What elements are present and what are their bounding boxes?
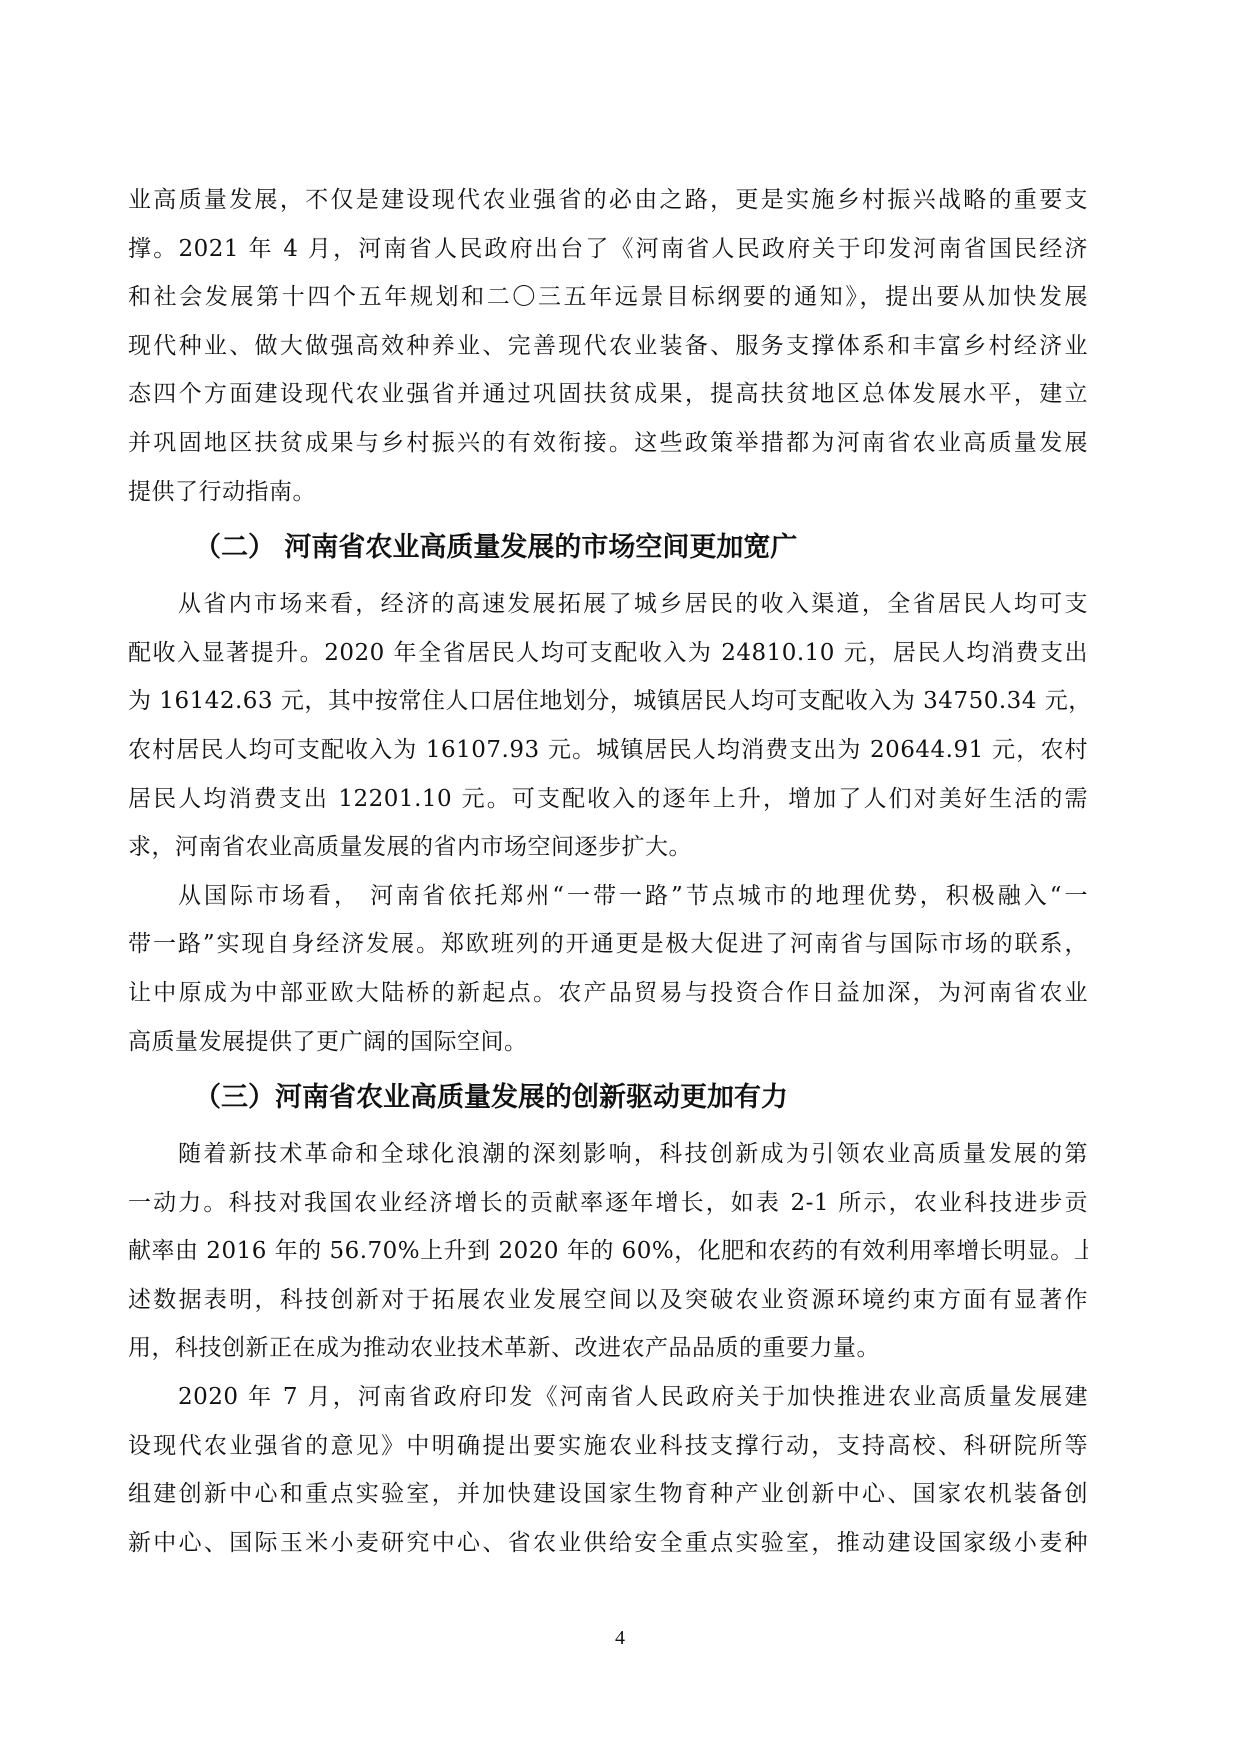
text-line: 求，河南省农业高质量发展的省内市场空间逐步扩大。 xyxy=(128,823,1088,872)
text-line: 态四个方面建设现代农业强省并通过巩固扶贫成果，提高扶贫地区总体发展水平，建立 xyxy=(128,370,1088,419)
paragraph-tech-innovation: 随着新技术革命和全球化浪潮的深刻影响，科技创新成为引领农业高质量发展的第 一动力… xyxy=(128,1130,1088,1373)
text-line: 组建创新中心和重点实验室，并加快建设国家生物育种产业创新中心、国家农机装备创 xyxy=(128,1470,1088,1519)
text-line: 新中心、国际玉米小麦研究中心、省农业供给安全重点实验室，推动建设国家级小麦种 xyxy=(128,1519,1088,1568)
page-number: 4 xyxy=(0,1627,1240,1650)
section-heading-market-space: （二） 河南省农业高质量发展的市场空间更加宽广 xyxy=(128,516,1088,580)
paragraph-policy-2020: 2020 年 7 月，河南省政府印发《河南省人民政府关于加快推进农业高质量发展建… xyxy=(128,1373,1088,1567)
text-line: 为 16142.63 元，其中按常住人口居住地划分，城镇居民人均可支配收入为 3… xyxy=(128,677,1088,726)
text-line: 农村居民人均可支配收入为 16107.93 元。城镇居民人均消费支出为 2064… xyxy=(128,726,1088,775)
paragraph-policy: 业高质量发展，不仅是建设现代农业强省的必由之路，更是实施乡村振兴战略的重要支 撑… xyxy=(128,176,1088,516)
text-line: 2020 年 7 月，河南省政府印发《河南省人民政府关于加快推进农业高质量发展建 xyxy=(128,1373,1088,1422)
text-line: 撑。2021 年 4 月，河南省人民政府出台了《河南省人民政府关于印发河南省国民… xyxy=(128,225,1088,274)
text-line: 让中原成为中部亚欧大陆桥的新起点。农产品贸易与投资合作日益加深，为河南省农业 xyxy=(128,969,1088,1018)
text-line: 并巩固地区扶贫成果与乡村振兴的有效衔接。这些政策举措都为河南省农业高质量发展 xyxy=(128,419,1088,468)
text-line: 提供了行动指南。 xyxy=(128,468,1088,517)
text-line: 和社会发展第十四个五年规划和二〇三五年远景目标纲要的通知》，提出要从加快发展 xyxy=(128,273,1088,322)
text-line: 现代种业、做大做强高效种养业、完善现代农业装备、服务支撑体系和丰富乡村经济业 xyxy=(128,322,1088,371)
text-line: 用，科技创新正在成为推动农业技术革新、改进农产品品质的重要力量。 xyxy=(128,1324,1088,1373)
text-line: 业高质量发展，不仅是建设现代农业强省的必由之路，更是实施乡村振兴战略的重要支 xyxy=(128,176,1088,225)
paragraph-international-market: 从国际市场看， 河南省依托郑州“一带一路”节点城市的地理优势，积极融入“一 带一… xyxy=(128,872,1088,1066)
text-line: 从国际市场看， 河南省依托郑州“一带一路”节点城市的地理优势，积极融入“一 xyxy=(128,872,1088,921)
text-line: 述数据表明，科技创新对于拓展农业发展空间以及突破农业资源环境约束方面有显著作 xyxy=(128,1276,1088,1325)
text-line: 从省内市场来看，经济的高速发展拓展了城乡居民的收入渠道，全省居民人均可支 xyxy=(128,580,1088,629)
text-line: 高质量发展提供了更广阔的国际空间。 xyxy=(128,1018,1088,1067)
section-heading-innovation: （三）河南省农业高质量发展的创新驱动更加有力 xyxy=(128,1066,1088,1130)
text-line: 居民人均消费支出 12201.10 元。可支配收入的逐年上升，增加了人们对美好生… xyxy=(128,775,1088,824)
text-line: 一动力。科技对我国农业经济增长的贡献率逐年增长，如表 2-1 所示，农业科技进步… xyxy=(128,1179,1088,1228)
text-line: 献率由 2016 年的 56.70%上升到 2020 年的 60%，化肥和农药的… xyxy=(128,1227,1088,1276)
text-line: 配收入显著提升。2020 年全省居民人均可支配收入为 24810.10 元，居民… xyxy=(128,629,1088,678)
document-page: 业高质量发展，不仅是建设现代农业强省的必由之路，更是实施乡村振兴战略的重要支 撑… xyxy=(128,176,1088,1567)
text-line: 设现代农业强省的意见》中明确提出要实施农业科技支撑行动，支持高校、科研院所等 xyxy=(128,1422,1088,1471)
paragraph-domestic-market: 从省内市场来看，经济的高速发展拓展了城乡居民的收入渠道，全省居民人均可支 配收入… xyxy=(128,580,1088,872)
text-line: 带一路”实现自身经济发展。郑欧班列的开通更是极大促进了河南省与国际市场的联系， xyxy=(128,920,1088,969)
text-line: 随着新技术革命和全球化浪潮的深刻影响，科技创新成为引领农业高质量发展的第 xyxy=(128,1130,1088,1179)
